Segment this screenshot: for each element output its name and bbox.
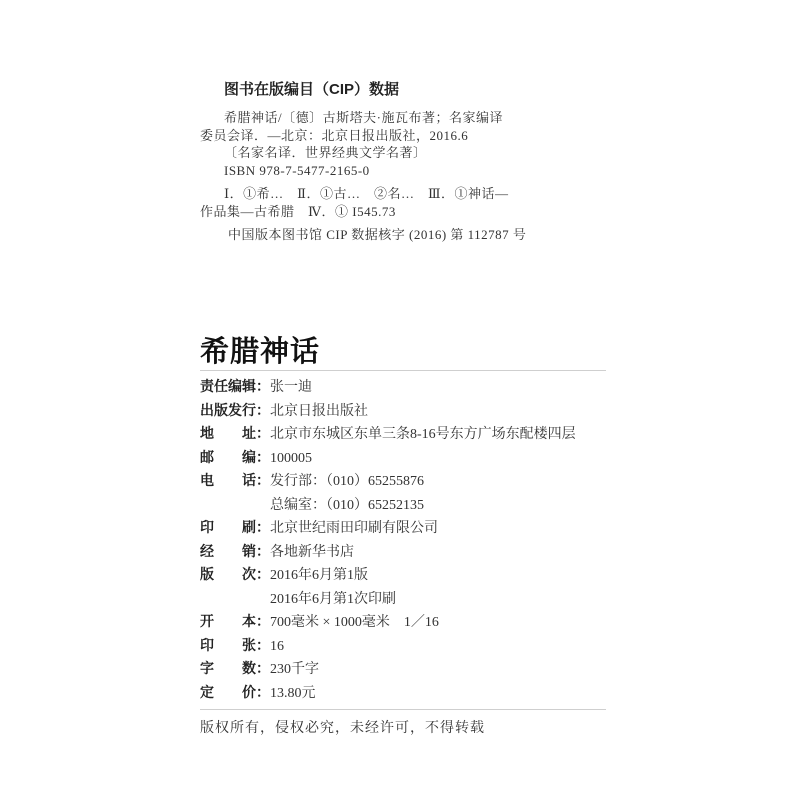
info-row-value: 北京世纪雨田印刷有限公司 [270, 517, 606, 541]
info-row-label: 电 话： [200, 470, 270, 494]
info-row: 经 销： 各地新华书店 [200, 541, 606, 565]
info-row: 印 刷： 北京世纪雨田印刷有限公司 [200, 517, 606, 541]
info-row: 字 数： 230千字 [200, 658, 606, 682]
info-row-label: 字 数： [200, 658, 270, 682]
info-row-value: 2016年6月第1版 [270, 564, 606, 588]
cip-line: Ⅰ．①希… Ⅱ．①古… ②名… Ⅲ．①神话— [200, 185, 612, 203]
info-row-value: 发行部：（010）65255876 [270, 470, 606, 494]
divider [200, 370, 606, 371]
info-row: 出版发行： 北京日报出版社 [200, 400, 606, 424]
cip-record-number: 中国版本图书馆 CIP 数据核字 (2016) 第 112787 号 [200, 226, 612, 244]
info-row-value: 张一迪 [270, 376, 606, 400]
info-row: 2016年6月第1次印刷 [200, 588, 606, 612]
cip-line: 作品集—古希腊 Ⅳ．① I545.73 [200, 203, 612, 221]
cip-heading: 图书在版编目（CIP）数据 [200, 80, 612, 99]
info-row: 定 价： 13.80元 [200, 682, 606, 706]
info-row-label: 经 销： [200, 541, 270, 565]
info-row-label: 版 次： [200, 564, 270, 588]
cip-line: 〔名家名译．世界经典文学名著〕 [200, 144, 612, 162]
colophon-section: 希腊神话 责任编辑： 张一迪 出版发行： 北京日报出版社 地 址： 北京市东城区… [200, 334, 606, 739]
book-copyright-page: 图书在版编目（CIP）数据 希腊神话/〔德〕古斯塔夫·施瓦布著；名家编译 委员会… [0, 0, 800, 800]
info-row-value: 各地新华书店 [270, 541, 606, 565]
cip-line: 委员会译．—北京：北京日报出版社，2016.6 [200, 127, 612, 145]
info-row-value: 700毫米 × 1000毫米 1／16 [270, 611, 606, 635]
info-row: 电 话： 发行部：（010）65255876 [200, 470, 606, 494]
info-row-label: 印 刷： [200, 517, 270, 541]
info-row-value: 100005 [270, 447, 606, 471]
info-row: 开 本： 700毫米 × 1000毫米 1／16 [200, 611, 606, 635]
info-row-label: 开 本： [200, 611, 270, 635]
info-row: 印 张： 16 [200, 635, 606, 659]
info-row-label: 出版发行： [200, 400, 270, 424]
info-row-value: 16 [270, 635, 606, 659]
publication-info-list: 责任编辑： 张一迪 出版发行： 北京日报出版社 地 址： 北京市东城区东单三条8… [200, 376, 606, 705]
info-row: 版 次： 2016年6月第1版 [200, 564, 606, 588]
info-row-label: 地 址： [200, 423, 270, 447]
info-row: 地 址： 北京市东城区东单三条8-16号东方广场东配楼四层 [200, 423, 606, 447]
info-row-label: 责任编辑： [200, 376, 270, 400]
info-row-value: 13.80元 [270, 682, 606, 706]
cip-line: ISBN 978-7-5477-2165-0 [200, 162, 612, 180]
info-row-value: 230千字 [270, 658, 606, 682]
divider [200, 709, 606, 710]
cip-section: 图书在版编目（CIP）数据 希腊神话/〔德〕古斯塔夫·施瓦布著；名家编译 委员会… [200, 80, 612, 244]
info-row-label: 邮 编： [200, 447, 270, 471]
info-row-value: 总编室：（010）65252135 [270, 494, 606, 518]
info-row-label: 定 价： [200, 682, 270, 706]
info-row-value: 北京市东城区东单三条8-16号东方广场东配楼四层 [270, 423, 606, 447]
info-row-label: 印 张： [200, 635, 270, 659]
info-row-value: 2016年6月第1次印刷 [270, 588, 606, 612]
info-row-value: 北京日报出版社 [270, 400, 606, 424]
info-row: 邮 编： 100005 [200, 447, 606, 471]
cip-line: 希腊神话/〔德〕古斯塔夫·施瓦布著；名家编译 [200, 109, 612, 127]
info-row: 责任编辑： 张一迪 [200, 376, 606, 400]
copyright-notice: 版权所有，侵权必究，未经许可，不得转载 [200, 719, 606, 739]
info-row: 总编室：（010）65252135 [200, 494, 606, 518]
book-title: 希腊神话 [200, 334, 606, 370]
